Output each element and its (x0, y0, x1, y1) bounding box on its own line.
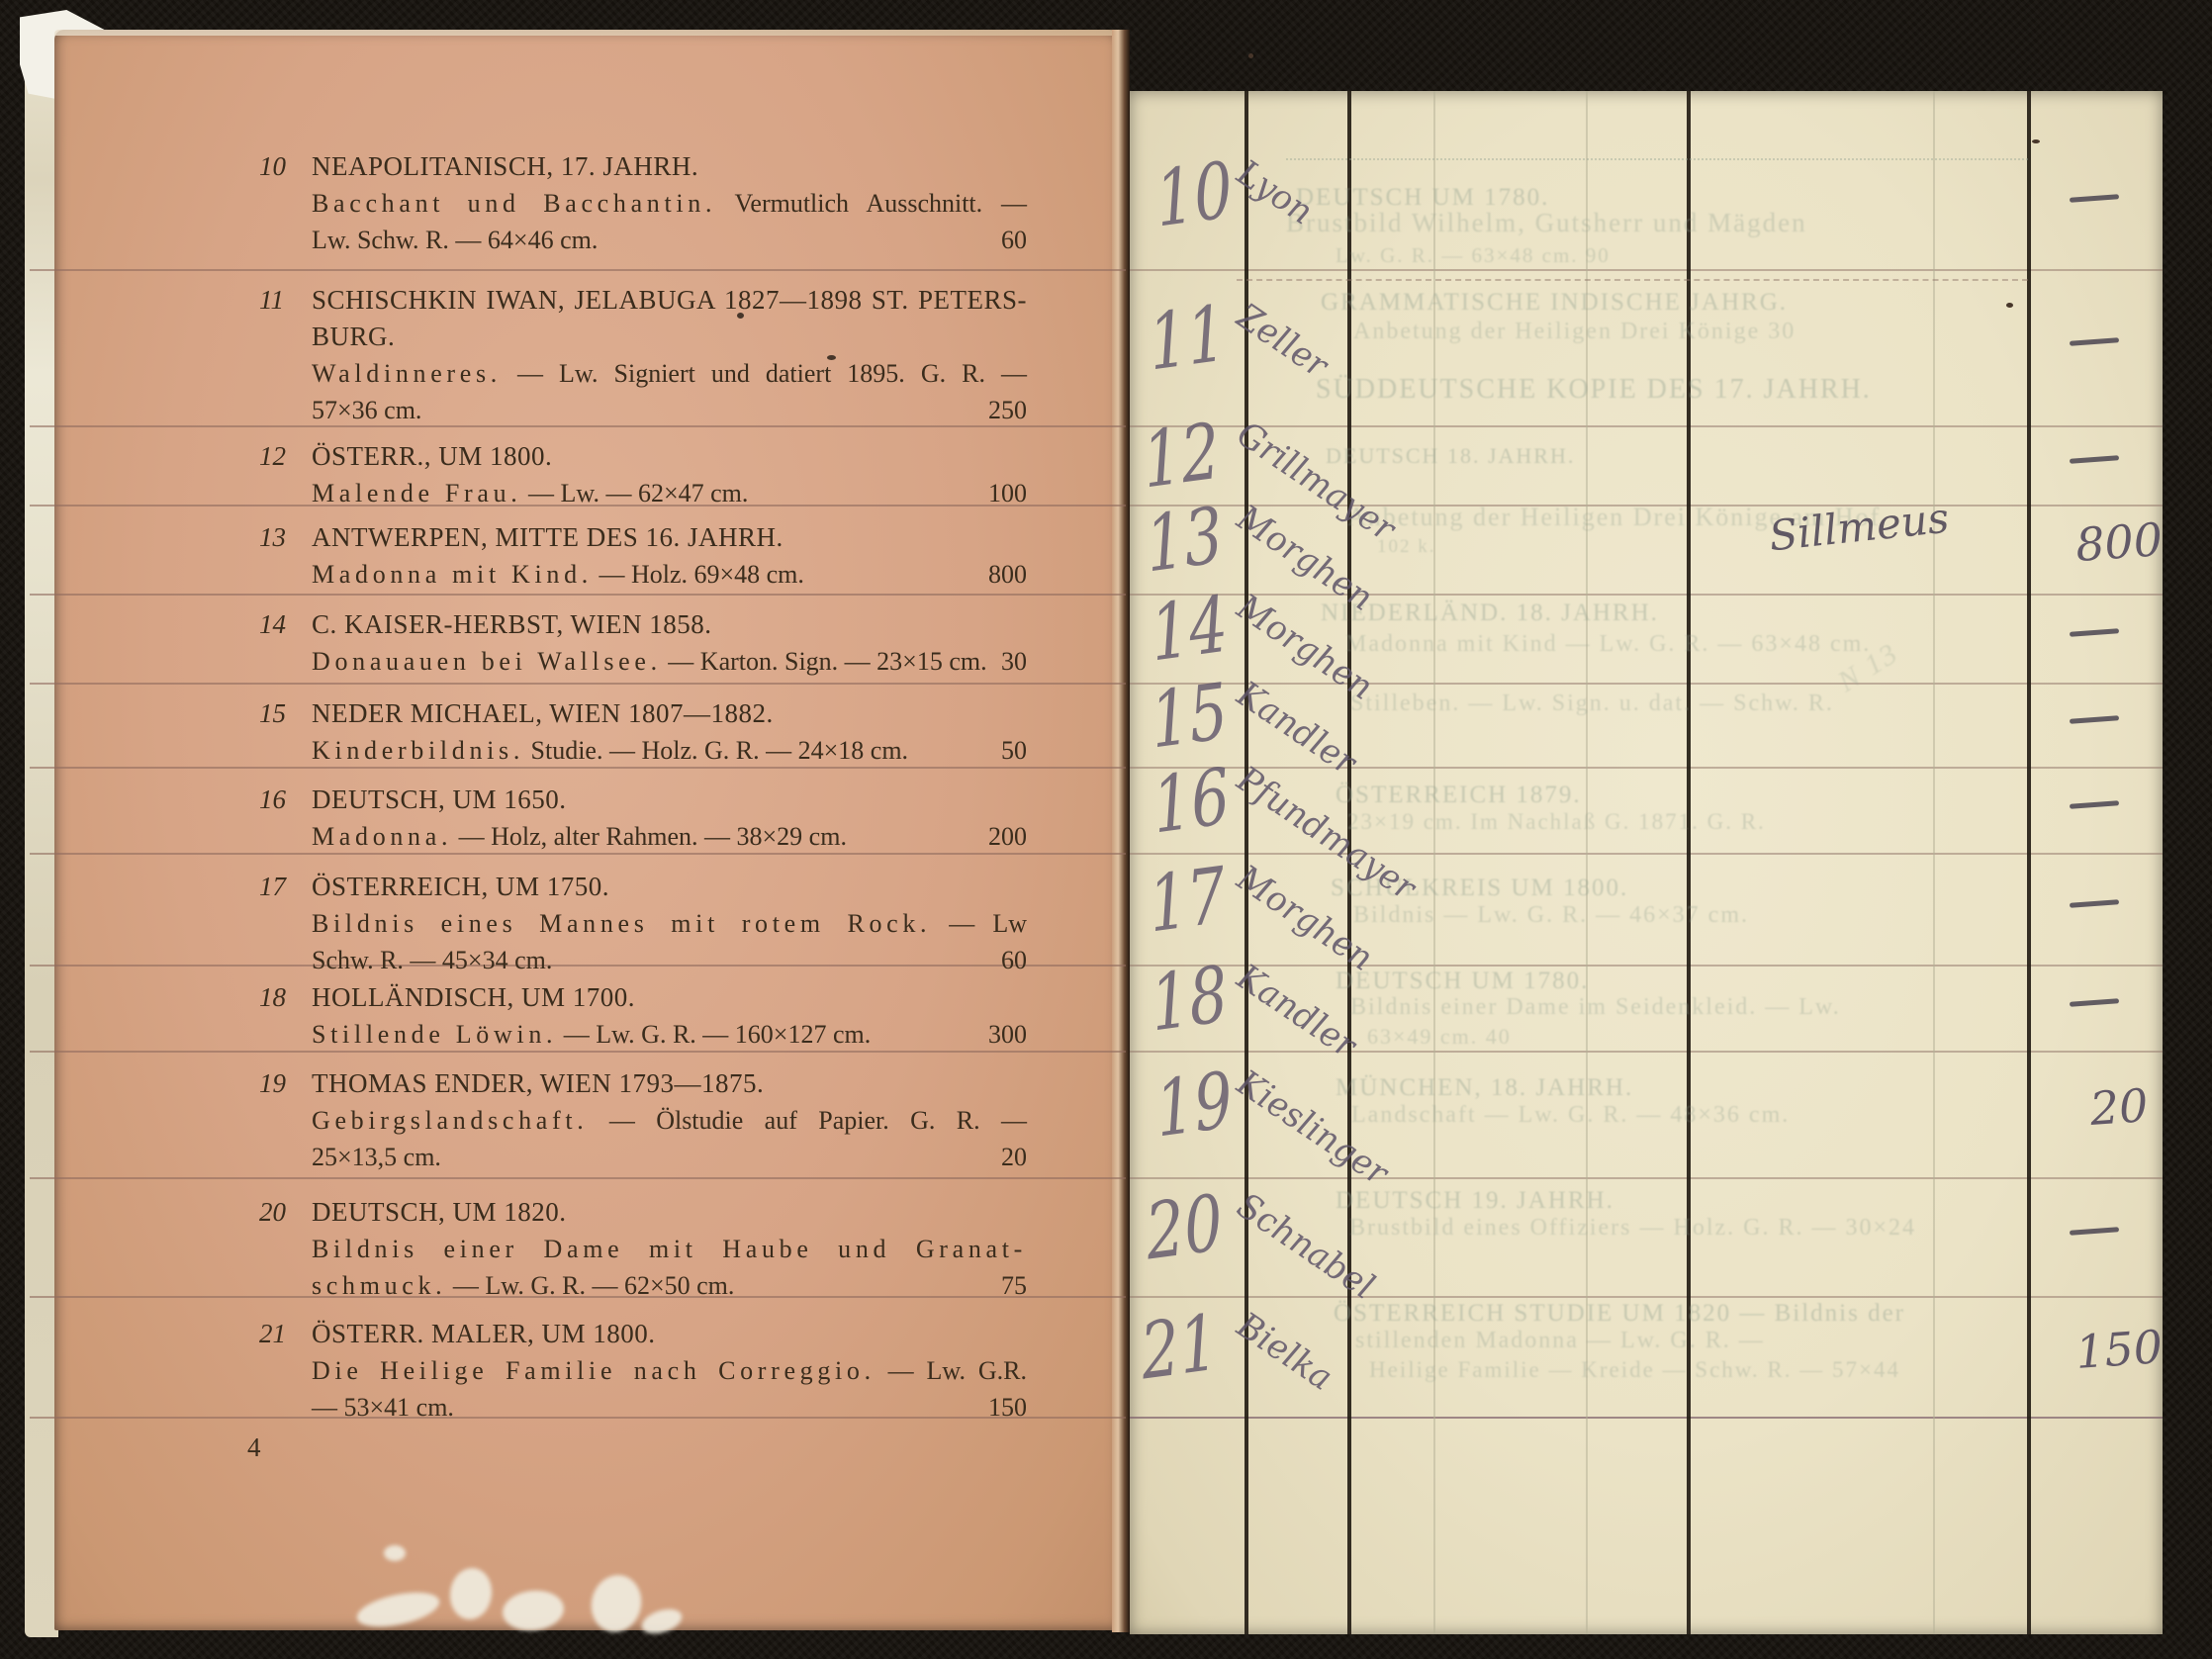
bleedthrough-text: Stilleben. — Lw. Sign. u. dat. — Schw. R… (1350, 691, 1834, 717)
catalog-entry-text: ÖSTERR., UM 1800.Malende Frau. — Lw. — 6… (312, 438, 1027, 511)
ledger-row-number-10: 10 (1152, 146, 1236, 245)
scanned-book-spread: 10NEAPOLITANISCH, 17. JAHRH.Bacchant und… (0, 0, 2212, 1659)
bleedthrough-text: Landschaft — Lw. G. R. — 48×36 cm. (1351, 1102, 1790, 1129)
catalog-line-text: schmuck. — Lw. G. R. — 62×50 cm. (312, 1267, 734, 1304)
catalog-line-text: Schw. R. — 45×34 cm. (312, 942, 552, 978)
catalog-entry-text: THOMAS ENDER, WIEN 1793—1875.Gebirgsland… (312, 1065, 1027, 1175)
ledger-row-separator (1130, 1051, 2163, 1053)
catalog-entry-text: NEDER MICHAEL, WIEN 1807—1882.Kinderbild… (312, 695, 1027, 769)
catalog-line-text: Gebirgslandschaft. — Ölstudie auf Papier… (312, 1106, 1027, 1135)
catalog-line-text: 57×36 cm. (312, 392, 421, 428)
catalog-entry-text: SCHISCHKIN IWAN, JELABUGA 1827—1898 ST. … (312, 282, 1027, 428)
catalog-entry-line: Bildnis einer Dame mit Haube und Granat- (312, 1231, 1027, 1267)
catalog-entry-text: ÖSTERR. MALER, UM 1800.Die Heilige Famil… (312, 1316, 1027, 1426)
bleedthrough-text: GRAMMATISCHE INDISCHE JAHRG. (1321, 289, 1788, 317)
dirt-speck (2006, 303, 2013, 308)
bleedthrough-text: Anbetung der Heiligen Drei Könige 30 (1353, 319, 1796, 345)
catalog-entry-header: HOLLÄNDISCH, UM 1700. (312, 979, 1027, 1016)
ledger-row-amount: 800 (2058, 511, 2179, 573)
catalog-line-text: Kinderbildnis. Studie. — Holz. G. R. — 2… (312, 732, 908, 769)
catalog-line-text: Die Heilige Familie nach Correggio. — Lw… (312, 1356, 1027, 1385)
dirt-speck (737, 313, 744, 319)
catalog-entry-header: ANTWERPEN, MITTE DES 16. JAHRH. (312, 519, 1027, 556)
catalog-entry-number: 14 (259, 609, 286, 640)
ledger-row-separator (1130, 1177, 2163, 1179)
catalog-entry-price: 800 (988, 556, 1027, 593)
page-number: 4 (247, 1432, 261, 1463)
catalog-entry-header: C. KAISER-HERBST, WIEN 1858. (312, 606, 1027, 643)
catalog-entry-header: ÖSTERREICH, UM 1750. (312, 869, 1027, 905)
catalog-entry-line: Gebirgslandschaft. — Ölstudie auf Papier… (312, 1102, 1027, 1139)
bleedthrough-text: SÜDDEUTSCHE KOPIE DES 17. JAHRH. (1316, 374, 1872, 406)
catalog-entry-line: Die Heilige Familie nach Correggio. — Lw… (312, 1352, 1027, 1389)
catalog-entry-line: Bildnis eines Mannes mit rotem Rock. — L… (312, 905, 1027, 942)
catalog-entry-text: ÖSTERREICH, UM 1750.Bildnis eines Mannes… (312, 869, 1027, 978)
catalog-line-text: 25×13,5 cm. (312, 1139, 441, 1175)
ledger-row-number-12: 12 (1140, 408, 1223, 507)
catalog-entry-line: 25×13,5 cm.20 (312, 1139, 1027, 1175)
catalog-entry-number: 11 (259, 285, 284, 316)
dirt-speck (827, 355, 836, 360)
catalog-line-text: — 53×41 cm. (312, 1389, 454, 1426)
catalog-line-text: Madonna. — Holz, alter Rahmen. — 38×29 c… (312, 818, 847, 855)
ledger-row-amount: 150 (2058, 1319, 2179, 1380)
dirt-speck (1248, 53, 1253, 58)
catalog-entry-header: DEUTSCH, UM 1650. (312, 782, 1027, 818)
catalog-entry-line: Bacchant und Bacchantin. Vermutlich Auss… (312, 185, 1027, 222)
ledger-row-number-11: 11 (1146, 290, 1229, 389)
catalog-entry-line: Lw. Schw. R. — 64×46 cm.60 (312, 222, 1027, 258)
catalog-entry-header: ÖSTERR., UM 1800. (312, 438, 1027, 475)
catalog-entry-price: 20 (1001, 1139, 1027, 1175)
ledger-row-separator (1130, 683, 2163, 685)
ledger-row-separator (1130, 767, 2163, 769)
catalog-entry-line: Stillende Löwin. — Lw. G. R. — 160×127 c… (312, 1016, 1027, 1053)
book-edge-strip (25, 18, 58, 1637)
catalog-line-text: Bacchant und Bacchantin. Vermutlich Auss… (312, 189, 1027, 218)
catalog-line-text: Bildnis einer Dame mit Haube und Granat- (312, 1235, 1027, 1263)
catalog-entry-text: HOLLÄNDISCH, UM 1700.Stillende Löwin. — … (312, 979, 1027, 1053)
ledger-row-separator (1130, 965, 2163, 967)
bleedthrough-text: Heilige Familie — Kreide — Schw. R. — 57… (1369, 1357, 1900, 1383)
ledger-row-number-15: 15 (1148, 667, 1231, 766)
ledger-row-number-14: 14 (1148, 581, 1231, 680)
catalog-entry-number: 19 (259, 1068, 286, 1099)
bleedthrough-text: DEUTSCH 18. JAHRH. (1326, 443, 1575, 469)
catalog-entry-number: 18 (259, 982, 286, 1013)
catalog-entry-line: Donauauen bei Wallsee. — Karton. Sign. —… (312, 643, 1027, 680)
catalog-entry-line: schmuck. — Lw. G. R. — 62×50 cm.75 (312, 1267, 1027, 1304)
catalog-entry-line: Waldinneres. — Lw. Signiert und datiert … (312, 355, 1027, 392)
catalog-entry-price: 60 (1001, 222, 1027, 258)
catalog-entry-price: 300 (988, 1016, 1027, 1053)
catalog-entry-line: Madonna. — Holz, alter Rahmen. — 38×29 c… (312, 818, 1027, 855)
catalog-entry-number: 10 (259, 151, 286, 182)
ledger-row-separator (1130, 425, 2163, 427)
catalog-entry-header: NEDER MICHAEL, WIEN 1807—1882. (312, 695, 1027, 732)
catalog-entry-price: 150 (988, 1389, 1027, 1426)
ledger-row-separator (1130, 269, 2163, 271)
catalog-line-text: Madonna mit Kind. — Holz. 69×48 cm. (312, 556, 804, 593)
catalog-entry-number: 20 (259, 1197, 286, 1228)
ledger-row-amount: 20 (2058, 1076, 2179, 1138)
ledger-row-number-13: 13 (1143, 492, 1226, 591)
dirt-speck (2032, 139, 2040, 143)
catalog-entry-number: 17 (259, 872, 286, 902)
catalog-entry-price: 60 (1001, 942, 1027, 978)
bleedthrough-text: DEUTSCH UM 1780. (1336, 968, 1589, 995)
catalog-entry-price: 200 (988, 818, 1027, 855)
catalog-entry-header: NEAPOLITANISCH, 17. JAHRH. (312, 148, 1027, 185)
bleedthrough-text: Lw. G. R. — 63×48 cm. 90 (1336, 243, 1611, 268)
catalog-entry-header: SCHISCHKIN IWAN, JELABUGA 1827—1898 ST. … (312, 282, 1027, 319)
catalog-entry-header: BURG. (312, 319, 1027, 355)
bleedthrough-text: Bildnis — Lw. G. R. — 46×37 cm. (1353, 902, 1749, 929)
bleedthrough-text: NIEDERLÄND. 18. JAHRH. (1321, 599, 1659, 627)
ledger-faint-column-line (1933, 91, 1935, 1634)
catalog-entry-number: 15 (259, 698, 286, 729)
ledger-column-line (2027, 91, 2031, 1634)
catalog-entry-price: 75 (1001, 1267, 1027, 1304)
catalog-entry-header: DEUTSCH, UM 1820. (312, 1194, 1027, 1231)
paper-scuff-mark (384, 1545, 406, 1561)
catalog-entry-line: — 53×41 cm.150 (312, 1389, 1027, 1426)
catalog-entry-line: Kinderbildnis. Studie. — Holz. G. R. — 2… (312, 732, 1027, 769)
catalog-entry-price: 30 (1001, 643, 1027, 680)
bleedthrough-text: ÖSTERREICH STUDIE UM 1820 — Bildnis der (1334, 1300, 1905, 1328)
catalog-entry-number: 16 (259, 784, 286, 815)
catalog-line-text: Waldinneres. — Lw. Signiert und datiert … (312, 359, 1027, 388)
catalog-entry-number: 13 (259, 522, 286, 553)
catalog-entry-text: ANTWERPEN, MITTE DES 16. JAHRH.Madonna m… (312, 519, 1027, 593)
catalog-entry-price: 50 (1001, 732, 1027, 769)
catalog-line-text: Malende Frau. — Lw. — 62×47 cm. (312, 475, 748, 511)
bleedthrough-text: DEUTSCH 19. JAHRH. (1336, 1187, 1614, 1215)
bleedthrough-text: MÜNCHEN, 18. JAHRH. (1336, 1074, 1633, 1102)
catalog-line-text: Bildnis eines Mannes mit rotem Rock. — L… (312, 909, 1027, 938)
catalog-entry-text: DEUTSCH, UM 1820.Bildnis einer Dame mit … (312, 1194, 1027, 1304)
catalog-entry-number: 21 (259, 1319, 286, 1349)
catalog-entry-header: THOMAS ENDER, WIEN 1793—1875. (312, 1065, 1027, 1102)
catalog-entry-line: 57×36 cm.250 (312, 392, 1027, 428)
catalog-entry-text: C. KAISER-HERBST, WIEN 1858.Donauauen be… (312, 606, 1027, 680)
catalog-entry-line: Malende Frau. — Lw. — 62×47 cm.100 (312, 475, 1027, 511)
ledger-row-separator (1130, 853, 2163, 855)
catalog-line-text: Lw. Schw. R. — 64×46 cm. (312, 222, 598, 258)
ledger-row-number-18: 18 (1148, 950, 1231, 1049)
catalog-entry-text: DEUTSCH, UM 1650.Madonna. — Holz, alter … (312, 782, 1027, 855)
bleedthrough-text: Brustbild eines Offiziers — Holz. G. R. … (1349, 1215, 1916, 1242)
ledger-row-number-17: 17 (1146, 851, 1229, 950)
catalog-entry-price: 100 (988, 475, 1027, 511)
ledger-row-number-16: 16 (1150, 752, 1233, 851)
catalog-entry-number: 12 (259, 441, 286, 472)
catalog-entry-header: ÖSTERR. MALER, UM 1800. (312, 1316, 1027, 1352)
ledger-row-number-21: 21 (1138, 1299, 1221, 1398)
bleedthrough-text: Bildnis einer Dame im Seidenkleid. — Lw. (1350, 994, 1841, 1021)
bleedthrough-text: ÖSTERREICH 1879. (1336, 782, 1582, 809)
catalog-row-separator (30, 594, 1126, 596)
bleedthrough-text: stillenden Madonna — Lw. G. R. — (1355, 1328, 1765, 1354)
bleedthrough-text: Brustbild Wilhelm, Gutsherr und Mägden (1286, 208, 1807, 238)
catalog-entry-text: NEAPOLITANISCH, 17. JAHRH.Bacchant und B… (312, 148, 1027, 258)
ledger-row-separator (1130, 1296, 2163, 1298)
ledger-row-number-19: 19 (1152, 1057, 1236, 1155)
catalog-entry-price: 250 (988, 392, 1027, 428)
catalog-line-text: Stillende Löwin. — Lw. G. R. — 160×127 c… (312, 1016, 871, 1053)
bleedthrough-dotted-line (1286, 158, 2028, 160)
catalog-entry-line: Madonna mit Kind. — Holz. 69×48 cm.800 (312, 556, 1027, 593)
bleedthrough-text: Madonna mit Kind — Lw. G. R. — 63×48 cm. (1345, 631, 1871, 658)
ledger-dashed-line (1237, 279, 2028, 281)
ledger-row-separator (1130, 1417, 2163, 1419)
catalog-line-text: Donauauen bei Wallsee. — Karton. Sign. —… (312, 643, 987, 680)
catalog-row-separator (30, 683, 1126, 685)
bleedthrough-text: 63×49 cm. 40 (1367, 1024, 1512, 1050)
catalog-row-separator (30, 269, 1126, 271)
bleedthrough-text: 23×19 cm. Im Nachlaß G. 1871. G. R. (1347, 809, 1766, 835)
ledger-row-separator (1130, 594, 2163, 596)
catalog-row-separator (30, 1177, 1126, 1179)
ledger-row-number-20: 20 (1143, 1179, 1226, 1278)
catalog-entry-line: Schw. R. — 45×34 cm.60 (312, 942, 1027, 978)
